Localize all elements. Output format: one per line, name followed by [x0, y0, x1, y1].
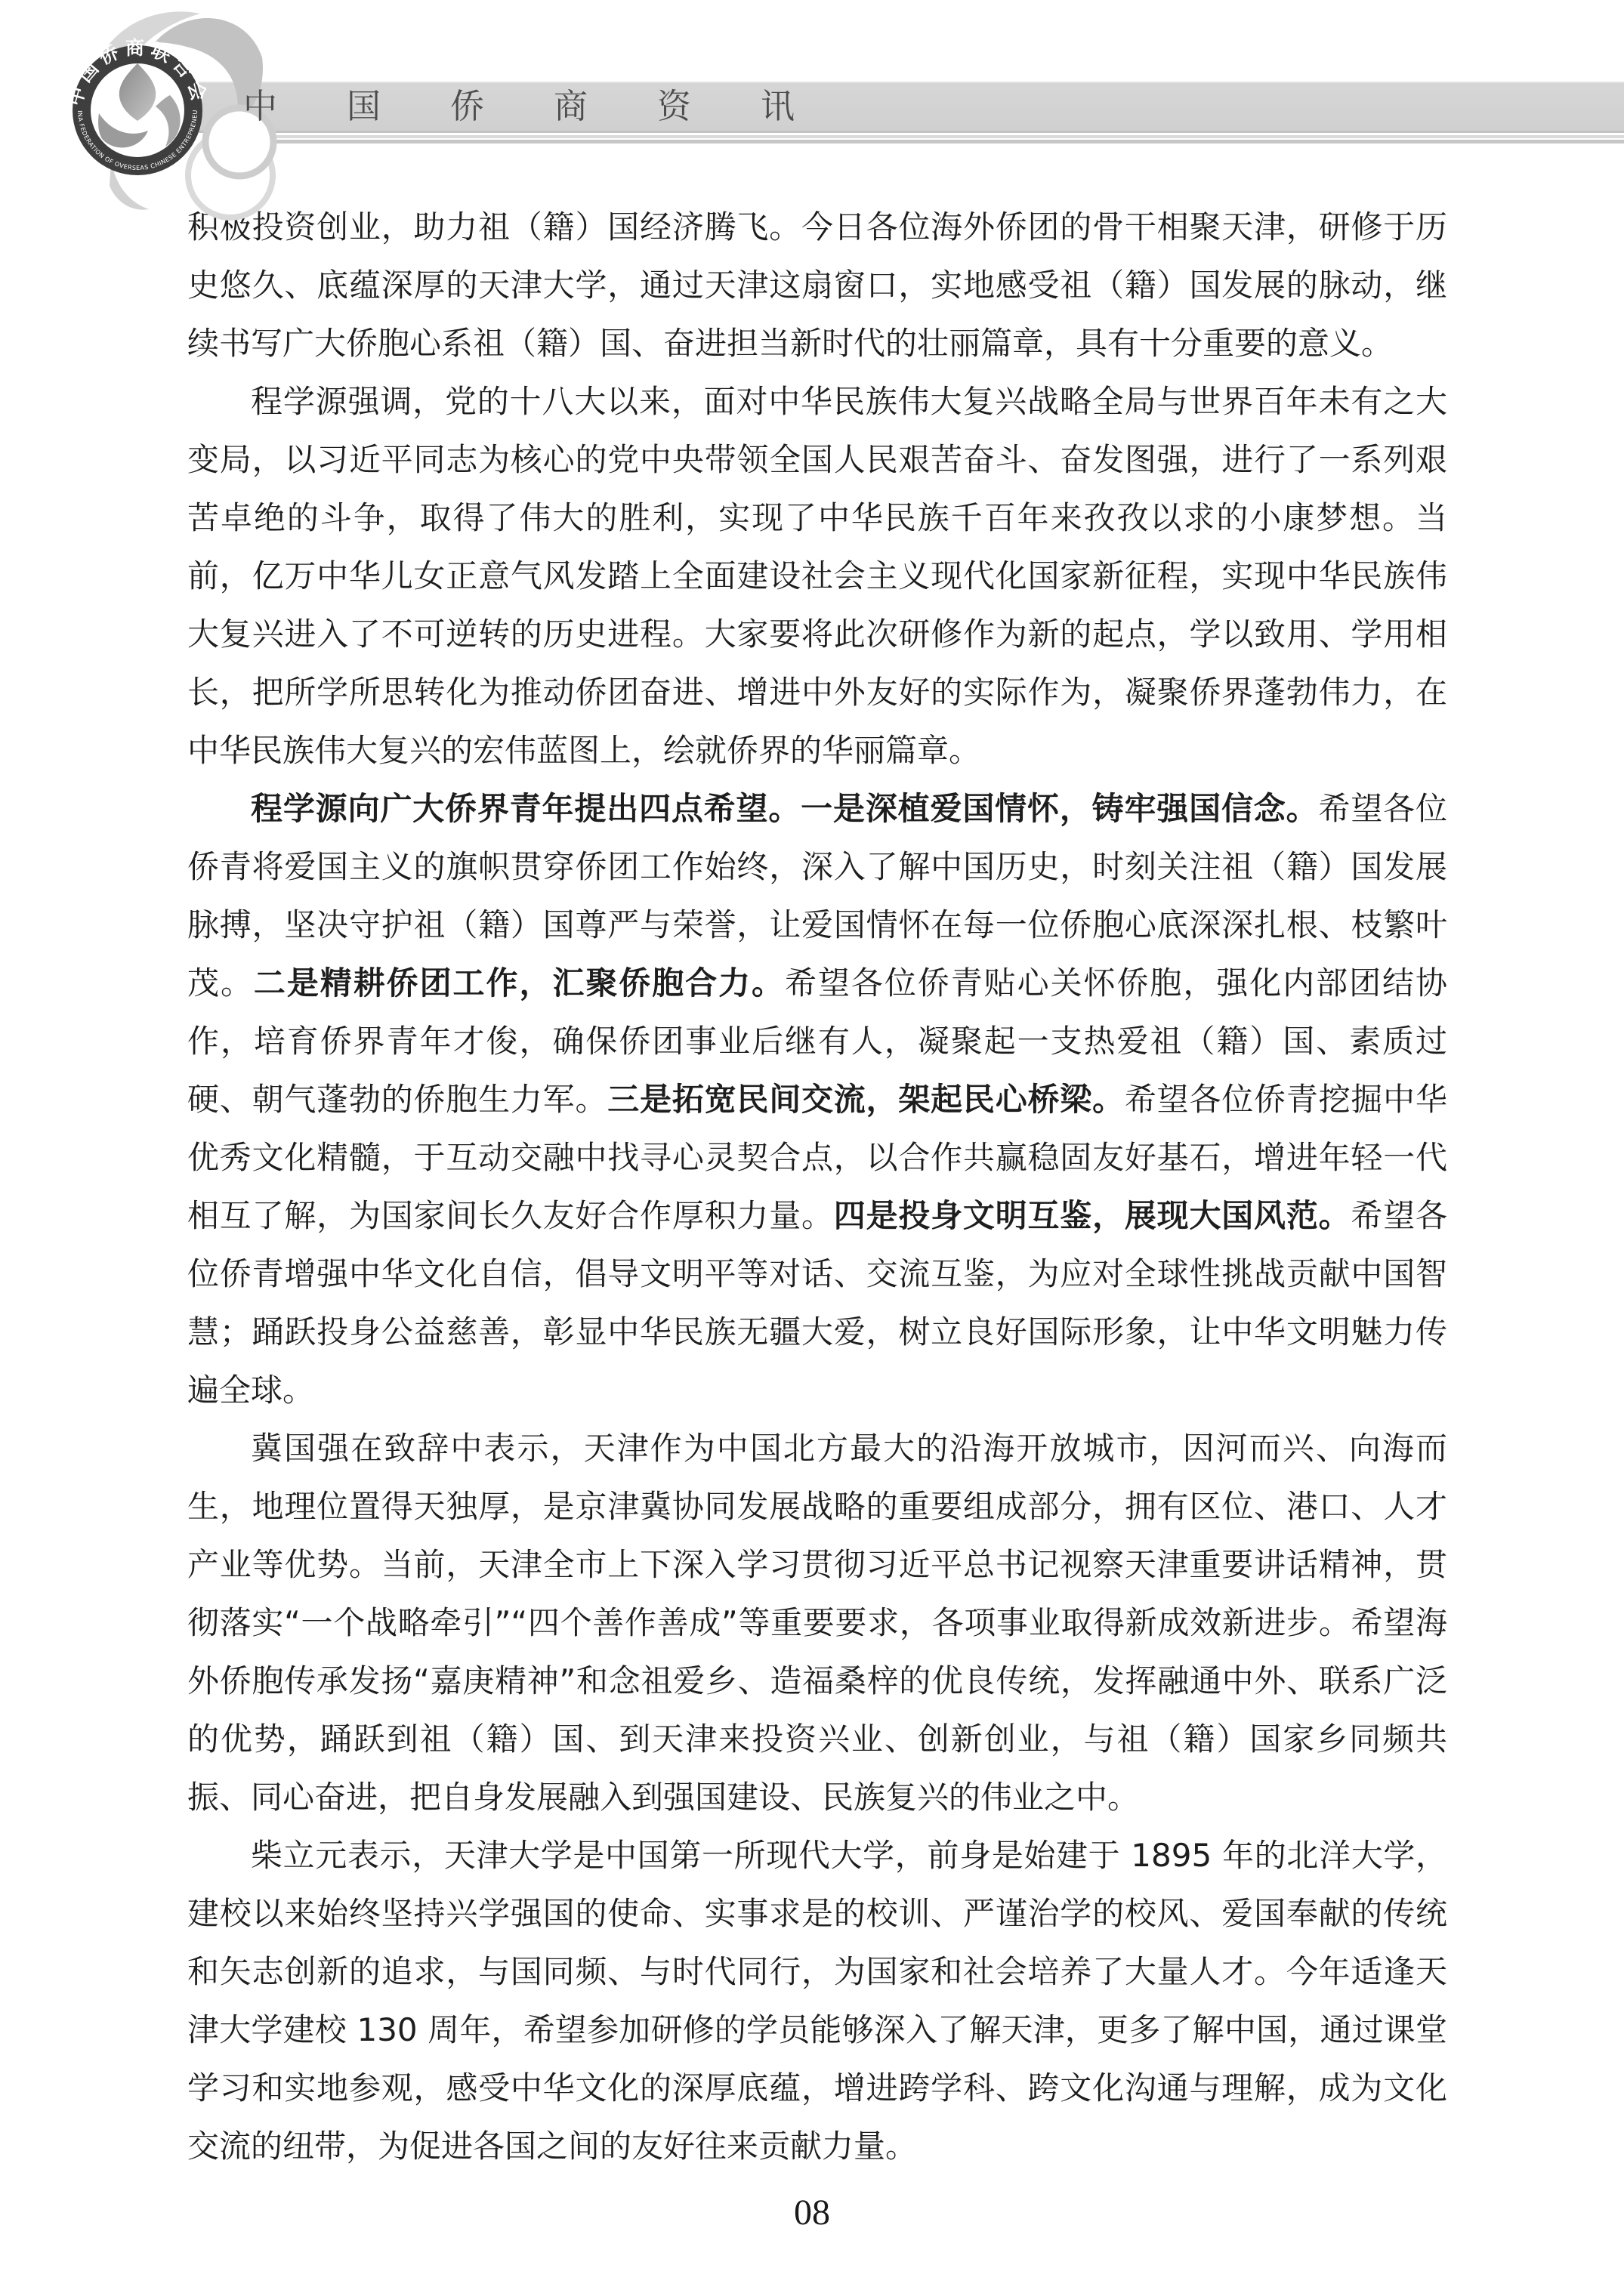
header-title: 中国侨商资讯: [243, 82, 864, 129]
paragraph: 程学源向广大侨界青年提出四点希望。一是深植爱国情怀，铸牢强国信念。希望各位侨青将…: [187, 779, 1447, 1419]
article-body: 积极投资创业，助力祖（籍）国经济腾飞。今日各位海外侨团的骨干相聚天津，研修于历史…: [187, 198, 1447, 2175]
body-text: 积极投资创业，助力祖（籍）国经济腾飞。今日各位海外侨团的骨干相聚天津，研修于历史…: [187, 208, 1447, 362]
body-text: 柴立元表示，天津大学是中国第一所现代大学，前身是始建于 1895 年的北洋大学，…: [187, 1837, 1447, 2165]
paragraph: 积极投资创业，助力祖（籍）国经济腾飞。今日各位海外侨团的骨干相聚天津，研修于历史…: [187, 198, 1447, 372]
page-number: 08: [0, 2192, 1624, 2233]
paragraph: 程学源强调，党的十八大以来，面对中华民族伟大复兴战略全局与世界百年未有之大变局，…: [187, 372, 1447, 779]
header-rule-top: [215, 135, 1624, 138]
emphasis-text: 二是精耕侨团工作，汇聚侨胞合力。: [254, 964, 785, 1001]
body-text: 冀国强在致辞中表示，天津作为中国北方最大的沿海开放城市，因河而兴、向海而生，地理…: [187, 1430, 1447, 1816]
header-rule-bottom: [215, 140, 1624, 144]
paragraph: 冀国强在致辞中表示，天津作为中国北方最大的沿海开放城市，因河而兴、向海而生，地理…: [187, 1419, 1447, 1826]
emphasis-text: 程学源向广大侨界青年提出四点希望。一是深植爱国情怀，铸牢强国信念。: [251, 790, 1318, 827]
body-text: 程学源强调，党的十八大以来，面对中华民族伟大复兴战略全局与世界百年未有之大变局，…: [187, 383, 1447, 769]
paragraph: 柴立元表示，天津大学是中国第一所现代大学，前身是始建于 1895 年的北洋大学，…: [187, 1826, 1447, 2175]
magazine-page: 中国侨商资讯: [0, 0, 1624, 2293]
emphasis-text: 三是拓宽民间交流，架起民心桥梁。: [607, 1081, 1125, 1118]
emphasis-text: 四是投身文明互鉴，展现大国风范。: [834, 1197, 1351, 1234]
